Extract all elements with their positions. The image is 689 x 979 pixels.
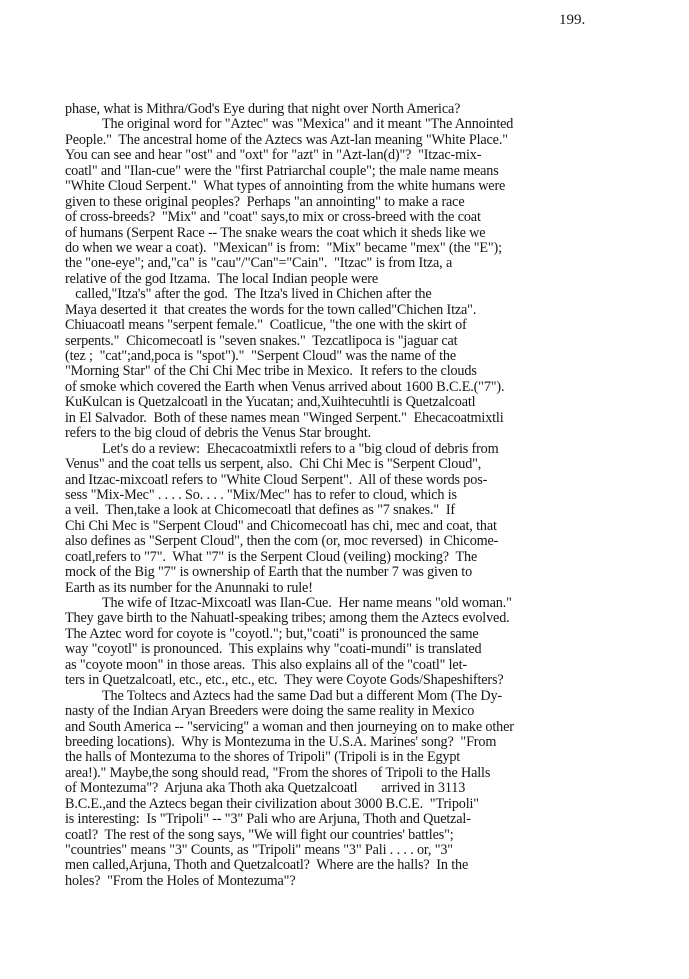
text-line: KuKulcan is Quetzalcoatl in the Yucatan;… (65, 395, 685, 410)
text-line: (tez ; "cat";and,poca is "spot")." "Serp… (65, 349, 685, 364)
text-line: coatl" and "Ilan-cue" were the "first Pa… (65, 164, 685, 179)
text-line: Maya deserted it that creates the words … (65, 303, 685, 318)
text-line: You can see and hear "ost" and "oxt" for… (65, 148, 685, 163)
text-line: breeding locations). Why is Montezuma in… (65, 735, 685, 750)
text-line: The original word for "Aztec" was "Mexic… (65, 117, 685, 132)
text-line: of cross-breeds? "Mix" and "coat" says,t… (65, 210, 685, 225)
text-line: the halls of Montezuma to the shores of … (65, 750, 685, 765)
text-line: The Aztec word for coyote is "coyotl."; … (65, 627, 685, 642)
text-line: nasty of the Indian Aryan Breeders were … (65, 704, 685, 719)
text-line: given to these original peoples? Perhaps… (65, 195, 685, 210)
text-line: and South America -- "servicing" a woman… (65, 720, 685, 735)
text-line: sess "Mix-Mec" . . . . So. . . . "Mix/Me… (65, 488, 685, 503)
text-line: ters in Quetzalcoatl, etc., etc., etc., … (65, 673, 685, 688)
text-line: Chi Chi Mec is "Serpent Cloud" and Chico… (65, 519, 685, 534)
text-line: Let's do a review: Ehecacoatmixtli refer… (65, 442, 685, 457)
text-line: and Itzac-mixcoatl refers to "White Clou… (65, 473, 685, 488)
text-line: also defines as "Serpent Cloud", then th… (65, 534, 685, 549)
text-line: men called,Arjuna, Thoth and Quetzalcoat… (65, 858, 685, 873)
text-line: called,"Itza's" after the god. The Itza'… (65, 287, 685, 302)
text-line: Earth as its number for the Anunnaki to … (65, 581, 685, 596)
page-number: 199. (559, 12, 585, 29)
text-line: phase, what is Mithra/God's Eye during t… (65, 102, 685, 117)
text-line: "countries" means "3" Counts, as "Tripol… (65, 843, 685, 858)
text-line: mock of the Big "7" is ownership of Eart… (65, 565, 685, 580)
text-line: is interesting: Is "Tripoli" -- "3" Pali… (65, 812, 685, 827)
text-line: coatl,refers to "7". What "7" is the Ser… (65, 550, 685, 565)
text-line: a veil. Then,take a look at Chicomecoatl… (65, 503, 685, 518)
text-line: B.C.E.,and the Aztecs began their civili… (65, 797, 685, 812)
text-line: serpents." Chicomecoatl is "seven snakes… (65, 334, 685, 349)
text-line: the "one-eye"; and,"ca" is "cau"/"Can"="… (65, 256, 685, 271)
text-line: of humans (Serpent Race -- The snake wea… (65, 226, 685, 241)
text-line: The wife of Itzac-Mixcoatl was Ilan-Cue.… (65, 596, 685, 611)
text-line: holes? "From the Holes of Montezuma"? (65, 874, 685, 889)
text-line: Venus" and the coat tells us serpent, al… (65, 457, 685, 472)
text-line: relative of the god Itzama. The local In… (65, 272, 685, 287)
text-line: Chiuacoatl means "serpent female." Coatl… (65, 318, 685, 333)
text-line: as "coyote moon" in those areas. This al… (65, 658, 685, 673)
text-line: People." The ancestral home of the Aztec… (65, 133, 685, 148)
text-line: area!)." Maybe,the song should read, "Fr… (65, 766, 685, 781)
text-line: The Toltecs and Aztecs had the same Dad … (65, 689, 685, 704)
document-body: phase, what is Mithra/God's Eye during t… (65, 102, 685, 889)
text-line: way "coyotl" is pronounced. This explain… (65, 642, 685, 657)
text-line: "White Cloud Serpent." What types of ann… (65, 179, 685, 194)
text-line: refers to the big cloud of debris the Ve… (65, 426, 685, 441)
text-line: of Montezuma"? Arjuna aka Thoth aka Quet… (65, 781, 685, 796)
text-line: do when we wear a coat). "Mexican" is fr… (65, 241, 685, 256)
text-line: They gave birth to the Nahuatl-speaking … (65, 611, 685, 626)
text-line: coatl? The rest of the song says, "We wi… (65, 828, 685, 843)
text-line: of smoke which covered the Earth when Ve… (65, 380, 685, 395)
text-line: "Morning Star" of the Chi Chi Mec tribe … (65, 364, 685, 379)
text-line: in El Salvador. Both of these names mean… (65, 411, 685, 426)
